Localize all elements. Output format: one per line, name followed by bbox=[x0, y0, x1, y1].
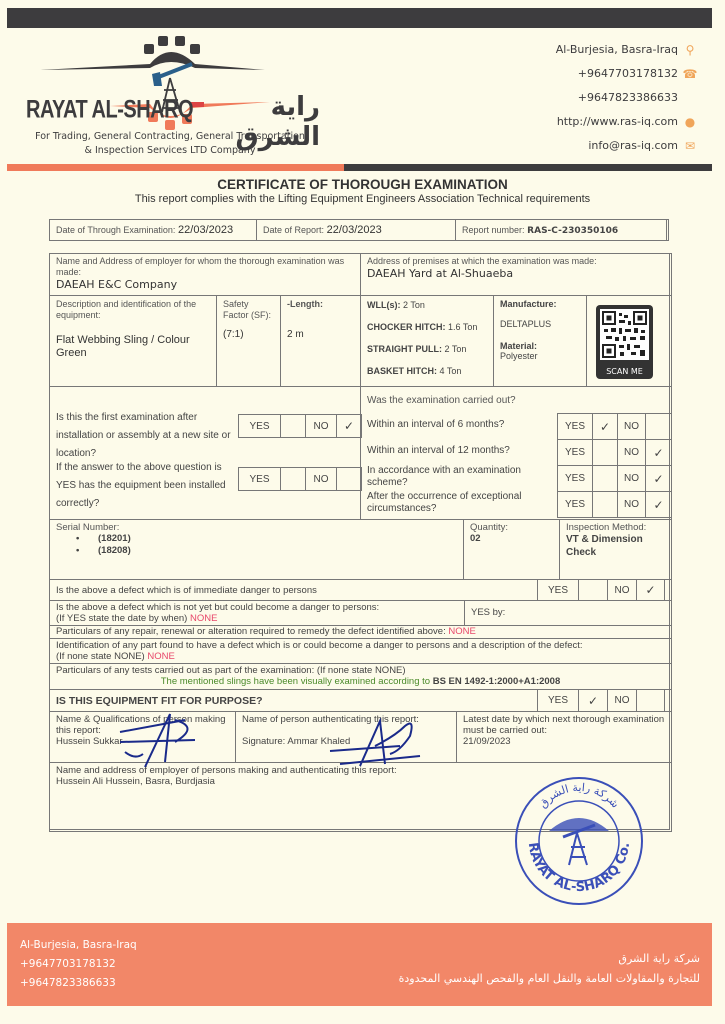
quantity-label: Quantity: bbox=[470, 522, 553, 533]
safety-factor-cell: Safety Factor (SF): (7:1) bbox=[216, 295, 281, 387]
interval-q2-yes-checkbox[interactable] bbox=[592, 439, 618, 466]
interval-question-1: Within an interval of 6 months? bbox=[367, 419, 542, 431]
yes-by-cell: YES by: bbox=[464, 600, 672, 626]
interval-q1-no-checkbox[interactable] bbox=[645, 413, 672, 440]
identification-sub: (If none state NONE) bbox=[56, 651, 145, 662]
future-danger-value: NONE bbox=[190, 613, 217, 624]
material-label: Material: bbox=[500, 341, 580, 351]
svg-text:RAYAT AL-SHARQ Co.: RAYAT AL-SHARQ Co. bbox=[525, 842, 633, 896]
logo-text-en: RAYAT AL-SHARQ bbox=[26, 96, 193, 125]
tests-standard: BS EN 1492-1:2000+A1:2008 bbox=[433, 676, 561, 687]
signature-hussein-icon bbox=[115, 712, 205, 772]
first-exam-cell: Is this the first examination after inst… bbox=[49, 386, 361, 520]
straight-pull-label: STRAIGHT PULL: bbox=[367, 344, 442, 354]
choker-value: 1.6 Ton bbox=[448, 322, 477, 332]
manufacture-value: DELTAPLUS bbox=[500, 319, 580, 329]
company-tagline: For Trading, General Contracting, Genera… bbox=[20, 130, 320, 158]
first-exam-q2-yes-label: YES bbox=[238, 467, 281, 491]
interval-heading: Was the examination carried out? bbox=[367, 395, 516, 406]
fitness-question: IS THIS EQUIPMENT FIT FOR PURPOSE? bbox=[56, 695, 263, 707]
future-danger-text: Is the above a defect which is not yet b… bbox=[56, 602, 458, 613]
premises-cell: Address of premises at which the examina… bbox=[360, 253, 672, 296]
length-label: -Length: bbox=[287, 299, 354, 310]
fitness-no-label: NO bbox=[607, 689, 637, 712]
qr-cell: SCAN ME bbox=[586, 295, 672, 387]
interval-cell: Was the examination carried out? Within … bbox=[360, 386, 672, 520]
globe-icon: ● bbox=[683, 115, 697, 129]
interval-q4-yes-checkbox[interactable] bbox=[592, 491, 618, 518]
immediate-danger-text: Is the above a defect which is of immedi… bbox=[56, 585, 317, 596]
qr-pattern-icon bbox=[600, 309, 649, 360]
report-date-cell: Date of Report: 22/03/2023 bbox=[256, 219, 456, 241]
identification-row: Identification of any part found to have… bbox=[49, 638, 672, 664]
footer-arabic-line-2: للتجارة والمقاولات العامة والنقل العام و… bbox=[399, 969, 700, 989]
basket-value: 4 Ton bbox=[440, 366, 462, 376]
next-exam-label: Latest date by which next thorough exami… bbox=[463, 714, 665, 736]
first-exam-q1-yes-checkbox[interactable] bbox=[280, 414, 306, 438]
quantity-cell: Quantity: 02 bbox=[463, 519, 560, 580]
immediate-danger-no-checkbox[interactable]: ✓ bbox=[636, 579, 665, 601]
serial-item: •(18208) bbox=[56, 545, 457, 557]
signature-ammar-icon bbox=[320, 716, 430, 776]
report-number-cell: Report number: RAS-C-230350106 bbox=[455, 219, 669, 241]
first-exam-question-2: If the answer to the above question is Y… bbox=[56, 459, 236, 513]
first-exam-q1-yes-label: YES bbox=[238, 414, 281, 438]
employer-cell: Name and Address of employer for whom th… bbox=[49, 253, 361, 296]
serial-cell: Serial Number: •(18201)•(18208) bbox=[49, 519, 464, 580]
interval-q2-no-label: NO bbox=[617, 439, 646, 466]
safety-factor-value: (7:1) bbox=[223, 329, 274, 340]
repair-value: NONE bbox=[448, 626, 475, 637]
serial-label: Serial Number: bbox=[56, 522, 457, 533]
first-exam-q1-no-label: NO bbox=[305, 414, 337, 438]
repair-text: Particulars of any repair, renewal or al… bbox=[56, 626, 446, 637]
footer-band: Al-Burjesia, Basra-Iraq +9647703178132 +… bbox=[7, 923, 712, 1006]
employer-label: Name and Address of employer for whom th… bbox=[56, 256, 354, 278]
length-value: 2 m bbox=[287, 329, 354, 340]
first-exam-question-1: Is this the first examination after inst… bbox=[56, 409, 236, 463]
wll-label: WLL(s): bbox=[367, 300, 401, 310]
tests-text: Particulars of any tests carried out as … bbox=[56, 665, 665, 676]
description-value: Flat Webbing Sling / Colour Green bbox=[56, 334, 210, 360]
interval-question-2: Within an interval of 12 months? bbox=[367, 445, 542, 457]
fitness-yes-checkbox[interactable]: ✓ bbox=[578, 689, 608, 712]
first-exam-q2-no-label: NO bbox=[305, 467, 337, 491]
footer-phone-2[interactable]: +9647823386633 bbox=[20, 974, 137, 993]
premises-value: DAEAH Yard at Al-Shuaeba bbox=[367, 267, 665, 280]
exam-date-value: 22/03/2023 bbox=[178, 224, 233, 236]
interval-q3-no-checkbox[interactable]: ✓ bbox=[645, 465, 672, 492]
header-top-bar bbox=[7, 8, 712, 28]
method-label: Inspection Method: bbox=[566, 522, 665, 533]
basket-label: BASKET HITCH: bbox=[367, 366, 437, 376]
interval-q3-yes-label: YES bbox=[557, 465, 593, 492]
immediate-danger-no-label: NO bbox=[607, 579, 637, 601]
location-pin-icon: ⚲ bbox=[683, 43, 697, 57]
identification-value: NONE bbox=[147, 651, 174, 662]
contact-address: Al-Burjesia, Basra-Iraq bbox=[556, 41, 678, 59]
interval-q1-yes-label: YES bbox=[557, 413, 593, 440]
dates-row: Date of Through Examination: 22/03/2023 … bbox=[49, 219, 667, 241]
repair-row: Particulars of any repair, renewal or al… bbox=[49, 625, 672, 639]
immediate-danger-yes-label: YES bbox=[537, 579, 579, 601]
footer-arabic-line-1: شركة راية الشرق bbox=[399, 949, 700, 969]
scan-me-label: SCAN ME bbox=[596, 367, 653, 376]
interval-q1-no-label: NO bbox=[617, 413, 646, 440]
straight-pull-value: 2 Ton bbox=[445, 344, 467, 354]
exam-date-cell: Date of Through Examination: 22/03/2023 bbox=[49, 219, 257, 241]
first-exam-q1-no-checkbox[interactable]: ✓ bbox=[336, 414, 362, 438]
description-cell: Description and identification of the eq… bbox=[49, 295, 217, 387]
interval-q4-yes-label: YES bbox=[557, 491, 593, 518]
serial-item: •(18201) bbox=[56, 533, 457, 545]
footer-phone-1[interactable]: +9647703178132 bbox=[20, 955, 137, 974]
report-number-value: RAS-C-230350106 bbox=[527, 226, 618, 236]
qr-code[interactable]: SCAN ME bbox=[596, 305, 653, 379]
material-value: Polyester bbox=[500, 351, 580, 361]
interval-q4-no-label: NO bbox=[617, 491, 646, 518]
next-exam-date: 21/09/2023 bbox=[463, 736, 665, 747]
manufacture-label: Manufacture: bbox=[500, 299, 580, 309]
first-exam-q2-no-checkbox[interactable] bbox=[336, 467, 362, 491]
wll-cell: WLL(s): 2 Ton CHOCKER HITCH: 1.6 Ton STR… bbox=[360, 295, 494, 387]
fitness-no-checkbox[interactable] bbox=[636, 689, 665, 712]
interval-q3-yes-checkbox[interactable] bbox=[592, 465, 618, 492]
quantity-value: 02 bbox=[470, 533, 553, 544]
contact-phone-1[interactable]: +9647703178132 bbox=[578, 65, 678, 83]
tagline-line-2: & Inspection Services LTD Company bbox=[20, 144, 320, 158]
contact-website[interactable]: http://www.ras-iq.com bbox=[557, 113, 678, 131]
first-exam-q2-yes-checkbox[interactable] bbox=[280, 467, 306, 491]
certificate-subtitle: This report complies with the Lifting Eq… bbox=[0, 193, 725, 205]
footer-arabic: شركة راية الشرق للتجارة والمقاولات العام… bbox=[399, 949, 700, 989]
report-date-value: 22/03/2023 bbox=[327, 224, 382, 236]
serial-list: •(18201)•(18208) bbox=[56, 533, 457, 557]
header-band-dark bbox=[344, 164, 712, 171]
employer-value: DAEAH E&C Company bbox=[56, 278, 354, 291]
footer-address: Al-Burjesia, Basra-Iraq bbox=[20, 936, 137, 955]
wll-value: 2 Ton bbox=[403, 300, 425, 310]
tests-value: The mentioned slings have been visually … bbox=[161, 676, 430, 687]
interval-q4-no-checkbox[interactable]: ✓ bbox=[645, 491, 672, 518]
length-cell: -Length: 2 m bbox=[280, 295, 361, 387]
fitness-yes-label: YES bbox=[537, 689, 579, 712]
phone-icon: ☎ bbox=[683, 67, 697, 81]
contact-phone-2[interactable]: +9647823386633 bbox=[578, 89, 678, 107]
company-stamp-icon: RAYAT AL-SHARQ Co. شركة راية الشرق bbox=[513, 775, 645, 907]
next-exam-cell: Latest date by which next thorough exami… bbox=[456, 711, 672, 763]
future-danger-sub: (If YES state the date by when) bbox=[56, 613, 187, 624]
premises-label: Address of premises at which the examina… bbox=[367, 256, 665, 267]
report-number-label: Report number: bbox=[462, 225, 525, 235]
tagline-line-1: For Trading, General Contracting, Genera… bbox=[20, 130, 320, 144]
footer-contact: Al-Burjesia, Basra-Iraq +9647703178132 +… bbox=[20, 936, 137, 993]
method-cell: Inspection Method: VT & Dimension Check bbox=[559, 519, 672, 580]
contact-block: Al-Burjesia, Basra-Iraq⚲ +9647703178132☎… bbox=[556, 38, 697, 158]
interval-q2-yes-label: YES bbox=[557, 439, 593, 466]
choker-label: CHOCKER HITCH: bbox=[367, 322, 446, 332]
interval-question-3: In accordance with an examination scheme… bbox=[367, 465, 542, 489]
yes-by-label: YES by: bbox=[471, 607, 505, 618]
description-label: Description and identification of the eq… bbox=[56, 299, 210, 321]
interval-q1-yes-checkbox[interactable]: ✓ bbox=[592, 413, 618, 440]
tests-row: Particulars of any tests carried out as … bbox=[49, 663, 672, 690]
safety-factor-label: Safety Factor (SF): bbox=[223, 299, 274, 321]
exam-date-label: Date of Through Examination: bbox=[56, 225, 175, 235]
future-danger-cell: Is the above a defect which is not yet b… bbox=[49, 600, 465, 626]
envelope-icon: ✉ bbox=[683, 139, 697, 153]
interval-q3-no-label: NO bbox=[617, 465, 646, 492]
method-value: VT & Dimension Check bbox=[566, 533, 665, 559]
interval-q2-no-checkbox[interactable]: ✓ bbox=[645, 439, 672, 466]
immediate-danger-yes-checkbox[interactable] bbox=[578, 579, 608, 601]
contact-email[interactable]: info@ras-iq.com bbox=[588, 137, 678, 155]
identification-text: Identification of any part found to have… bbox=[56, 640, 665, 651]
report-date-label: Date of Report: bbox=[263, 225, 324, 235]
manufacture-cell: Manufacture: DELTAPLUS Material: Polyest… bbox=[493, 295, 587, 387]
certificate-title: CERTIFICATE OF THOROUGH EXAMINATION bbox=[0, 177, 725, 192]
header-band-orange bbox=[7, 164, 344, 171]
interval-question-4: After the occurrence of exceptional circ… bbox=[367, 491, 542, 515]
